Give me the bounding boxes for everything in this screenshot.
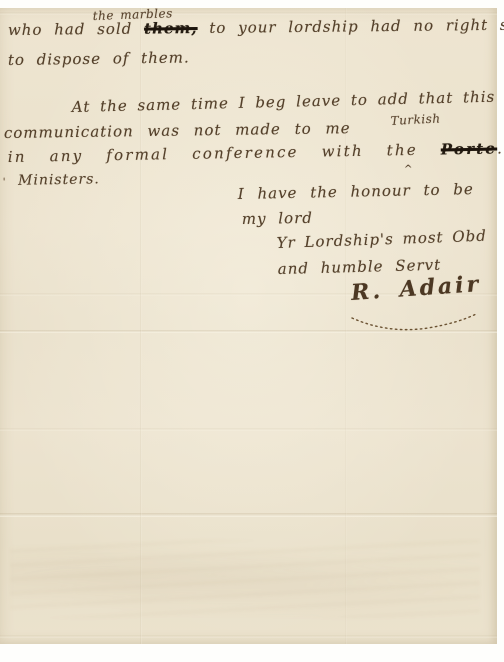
fold-crease — [0, 428, 497, 431]
body-line-6: ' Ministers. — [3, 171, 100, 189]
fold-crease — [0, 12, 497, 15]
body-line-1-pre: who had sold — [8, 20, 133, 39]
insertion-caret: ^ — [404, 164, 413, 175]
body-line-1: who had sold them, to your lordship had … — [8, 16, 504, 39]
interlinear-insert-turkish: Turkish — [390, 111, 441, 128]
fold-crease — [0, 513, 497, 517]
body-line-5-period: . — [497, 139, 504, 157]
signature-flourish — [348, 312, 480, 338]
body-line-4: communication was not made to me — [4, 119, 351, 142]
body-line-1-post: to your lordship had no right so — [209, 16, 504, 37]
struck-word-porte: Porte — [441, 139, 498, 158]
signature: R. Adair — [350, 271, 482, 306]
letter-scan: the marbles who had sold them, to your l… — [0, 0, 504, 662]
fold-crease — [0, 635, 497, 638]
closing-line-2: my lord — [242, 209, 313, 228]
ink-show-through — [10, 540, 480, 618]
letter-paper: the marbles who had sold them, to your l… — [0, 8, 497, 644]
closing-line-3: Yr Lordship's most Obd — [276, 227, 487, 252]
closing-line-1: I have the honour to be — [238, 180, 474, 203]
body-line-5: in any formal conference with the Porte. — [8, 139, 504, 166]
struck-word-them: them, — [144, 19, 198, 38]
body-line-6-word: Ministers. — [18, 171, 100, 188]
body-line-2: to dispose of them. — [8, 48, 190, 69]
body-line-5-pre: in any formal conference with the — [8, 141, 418, 166]
